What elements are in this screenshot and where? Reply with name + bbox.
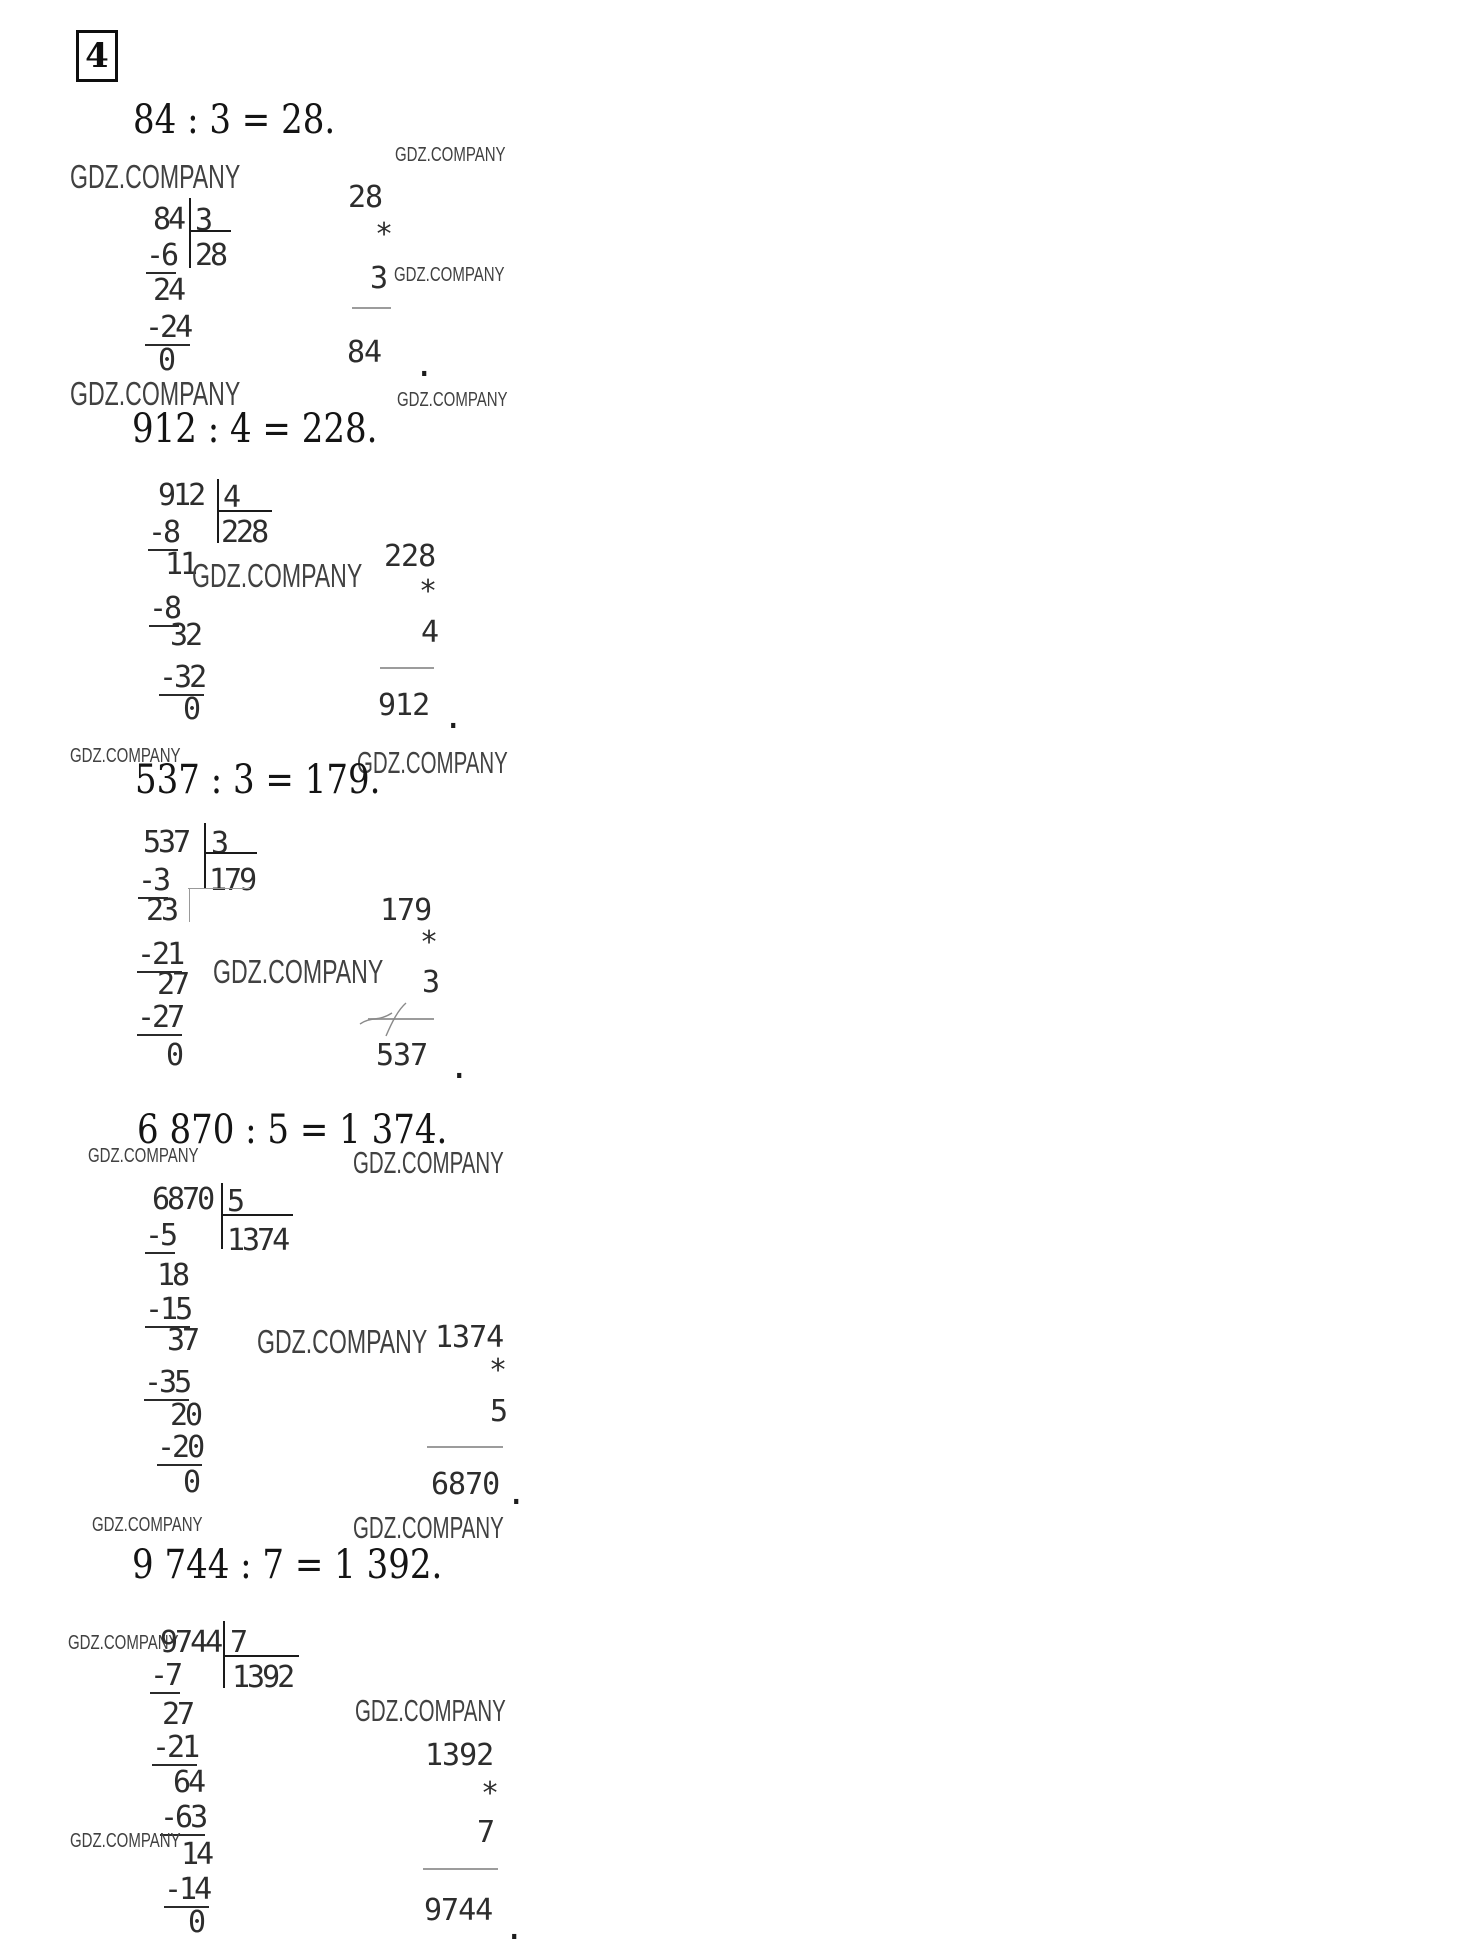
division-bar-4 [221, 1183, 223, 1249]
divisor-4: 5 [227, 1187, 242, 1217]
step-row: -14 [164, 1875, 209, 1908]
step-row: -27 [137, 1003, 182, 1036]
step-row: -35 [144, 1368, 189, 1401]
multiply-icon: * [375, 220, 392, 250]
dividend-3: 537 [143, 828, 188, 858]
division-bar-3 [204, 823, 206, 889]
check-product-1: 84 [347, 338, 381, 368]
check-multiplier-4: 5 [490, 1397, 507, 1427]
dividend-5: 9744 [160, 1628, 220, 1658]
check-result-line-1 [352, 307, 391, 309]
equation-4: 6 870 : 5 = 1 374. [137, 1110, 447, 1150]
quotient-1: 28 [195, 241, 225, 271]
step-row: 37 [167, 1326, 197, 1356]
multiply-icon: * [489, 1356, 506, 1386]
step-row: 0 [183, 1468, 198, 1498]
watermark: GDZ.COMPANY [92, 1515, 203, 1535]
check-result-line-5 [423, 1868, 498, 1870]
quotient-line-2 [219, 510, 272, 512]
check-product-3: 537 [376, 1041, 427, 1071]
check-result-line-4 [427, 1446, 503, 1448]
step-row: 14 [181, 1840, 211, 1870]
quotient-2: 228 [221, 518, 266, 548]
divisor-3: 3 [211, 829, 226, 859]
step-row: -24 [145, 313, 190, 346]
check-product-2: 912 [378, 691, 429, 721]
multiply-icon: * [481, 1779, 498, 1809]
equation-5: 9 744 : 7 = 1 392. [132, 1545, 442, 1585]
check-period-2: . [443, 700, 463, 734]
step-row: 24 [153, 276, 183, 306]
step-row: 64 [173, 1768, 203, 1798]
watermark: GDZ.COMPANY [88, 1146, 199, 1166]
check-product-5: 9744 [424, 1896, 492, 1926]
check-multiplicand-2: 228 [384, 542, 435, 572]
check-multiplier-1: 3 [370, 264, 387, 294]
quotient-line-5 [225, 1655, 299, 1657]
step-row: -7 [150, 1661, 180, 1694]
quotient-line-3 [206, 852, 257, 854]
step-row: 27 [157, 970, 187, 1000]
check-period-1: . [414, 348, 434, 382]
step-row: 18 [157, 1261, 187, 1291]
quotient-4: 1374 [227, 1226, 287, 1256]
step-row: 11 [165, 550, 195, 580]
watermark: GDZ.COMPANY [353, 1512, 504, 1543]
quotient-3: 179 [209, 866, 254, 896]
step-row: 23 [146, 896, 176, 926]
watermark: GDZ.COMPANY [394, 265, 505, 285]
scribbled-result-line [358, 1000, 438, 1040]
check-result-line-2 [380, 667, 434, 669]
step-row: -5 [145, 1221, 175, 1254]
step-row: 0 [183, 695, 198, 725]
stray-line [188, 888, 250, 889]
step-row: -6 [146, 241, 176, 274]
watermark: GDZ.COMPANY [355, 1695, 506, 1726]
watermark: GDZ.COMPANY [257, 1325, 427, 1358]
watermark: GDZ.COMPANY [397, 390, 508, 410]
watermark: GDZ.COMPANY [70, 160, 240, 193]
quotient-5: 1392 [232, 1663, 292, 1693]
problem-number-box: 4 [76, 30, 118, 82]
multiply-icon: * [419, 577, 436, 607]
check-multiplicand-1: 28 [348, 183, 382, 213]
dividend-2: 912 [158, 481, 203, 511]
check-multiplicand-5: 1392 [425, 1741, 493, 1771]
step-row: -21 [152, 1733, 197, 1766]
step-row: 0 [158, 346, 173, 376]
dividend-4: 6870 [152, 1185, 212, 1215]
check-multiplier-5: 7 [477, 1818, 494, 1848]
check-multiplicand-4: 1374 [435, 1323, 503, 1353]
division-bar-1 [189, 198, 191, 268]
watermark: GDZ.COMPANY [213, 955, 383, 988]
divisor-2: 4 [223, 483, 238, 513]
divisor-5: 7 [230, 1628, 245, 1658]
step-row: 0 [166, 1041, 181, 1071]
check-period-5: . [504, 1911, 524, 1945]
watermark: GDZ.COMPANY [353, 1147, 504, 1178]
step-row: 27 [162, 1700, 192, 1730]
dividend-1: 84 [153, 205, 183, 235]
equation-3: 537 : 3 = 179. [135, 760, 380, 800]
stray-line [189, 888, 190, 922]
step-row: 0 [188, 1908, 203, 1938]
step-row: -20 [157, 1433, 202, 1466]
check-period-4: . [506, 1476, 526, 1510]
step-row: 32 [170, 621, 200, 651]
multiply-icon: * [420, 928, 437, 958]
watermark: GDZ.COMPANY [395, 145, 506, 165]
check-period-3: . [449, 1050, 469, 1084]
equation-1: 84 : 3 = 28. [133, 100, 335, 140]
equation-2: 912 : 4 = 228. [132, 409, 377, 449]
step-row: 20 [170, 1401, 200, 1431]
check-multiplicand-3: 179 [380, 896, 431, 926]
check-product-4: 6870 [431, 1470, 499, 1500]
watermark: GDZ.COMPANY [70, 1831, 181, 1851]
quotient-line-4 [223, 1214, 293, 1216]
check-multiplier-3: 3 [422, 968, 439, 998]
check-multiplier-2: 4 [421, 618, 438, 648]
worksheet-page: 4 84 : 3 = 28. GDZ.COMPANY GDZ.COMPANY 8… [0, 0, 1460, 1959]
quotient-line-1 [191, 230, 231, 232]
watermark: GDZ.COMPANY [192, 559, 362, 592]
